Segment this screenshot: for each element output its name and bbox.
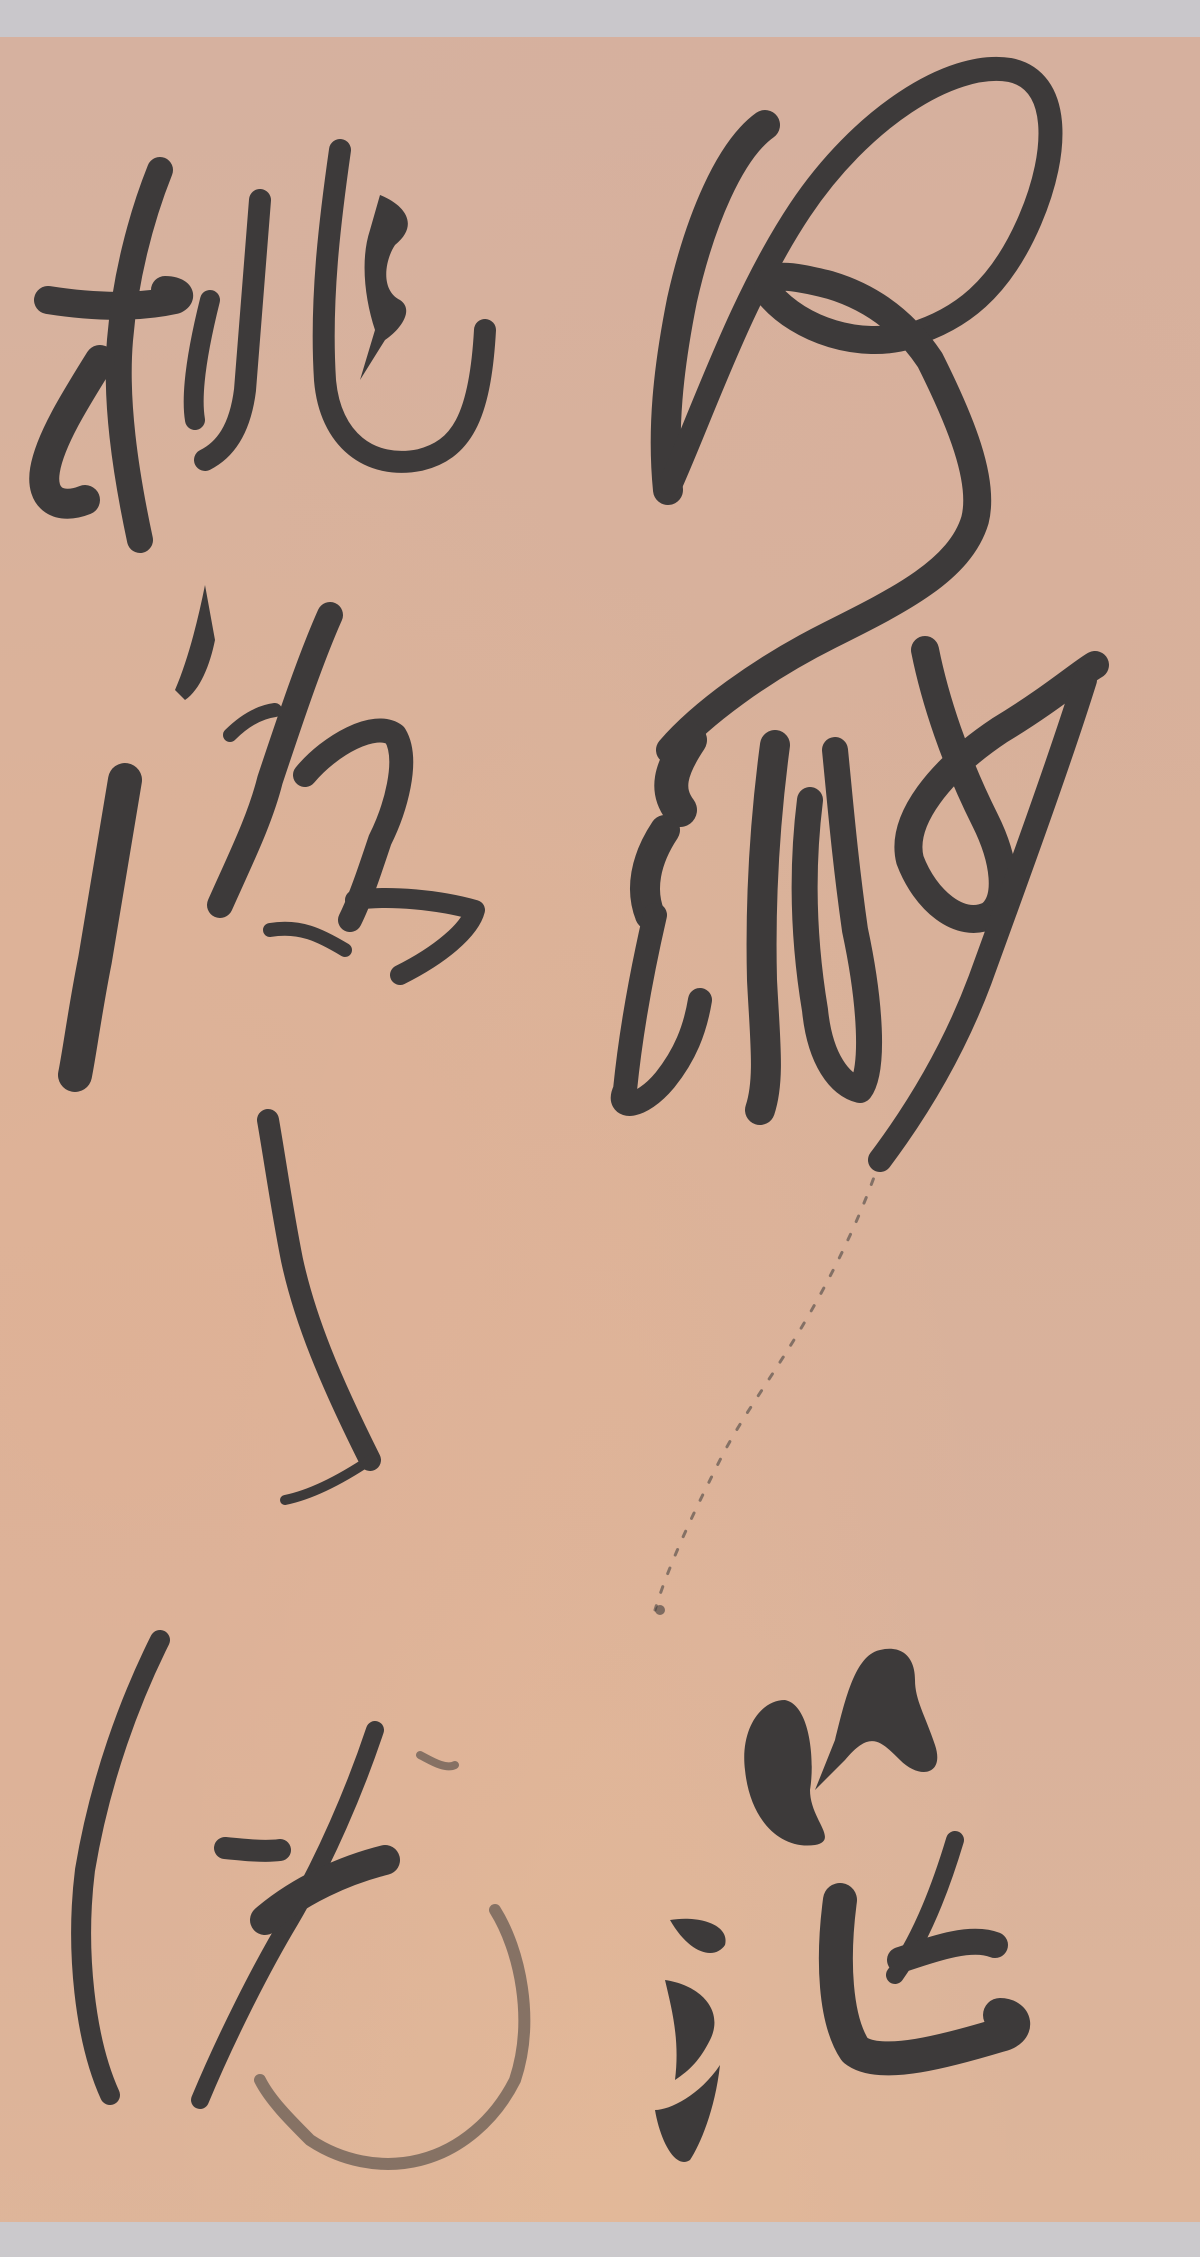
character-left-3-liu bbox=[81, 1640, 524, 2164]
character-left-2-yuan bbox=[75, 585, 475, 1075]
character-right-3-hua bbox=[655, 1649, 1013, 2162]
calligraphy-ink bbox=[0, 0, 1200, 2257]
repeat-mark bbox=[268, 1120, 370, 1500]
character-right-1 bbox=[666, 69, 1051, 750]
character-right-2 bbox=[623, 650, 1095, 1160]
dry-brush-trail bbox=[655, 1160, 880, 1615]
character-left-1-tao bbox=[44, 150, 485, 540]
